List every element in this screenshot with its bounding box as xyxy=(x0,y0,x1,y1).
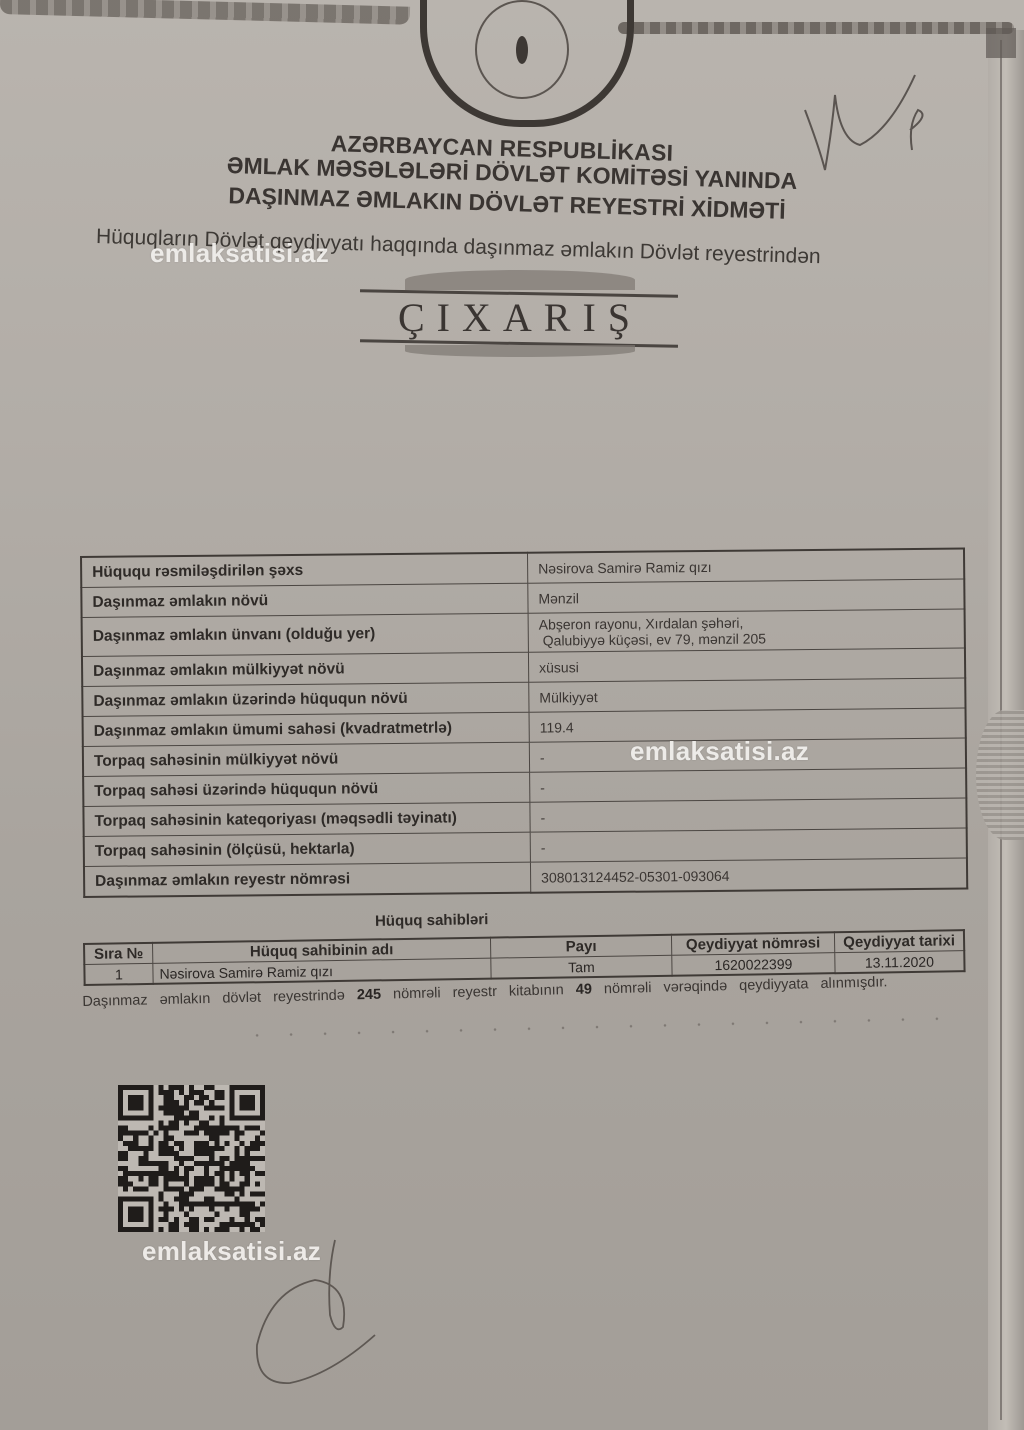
note-text: nömrəli vərəqində qeydiyyata alınmışdır. xyxy=(604,974,888,997)
property-details-table: Hüququ rəsmiləşdirilən şəxsNəsirova Sami… xyxy=(80,548,968,898)
row-value: - xyxy=(530,768,967,802)
title-ornament-icon xyxy=(405,345,635,357)
frame-ornament-top-right xyxy=(618,22,1014,34)
column-header: Sıra № xyxy=(84,943,153,965)
row-label: Torpaq sahəsi üzərində hüququn növü xyxy=(83,772,530,806)
document-title-block: ÇIXARIŞ xyxy=(360,270,680,355)
row-label: Daşınmaz əmlakın ünvanı (olduğu yer) xyxy=(82,613,529,656)
owners-caption: Hüquq sahibləri xyxy=(375,911,489,930)
row-label: Daşınmaz əmlakın üzərində hüququn növü xyxy=(82,682,529,716)
row-label: Hüququ rəsmiləşdirilən şəxs xyxy=(81,553,528,588)
state-emblem-icon xyxy=(475,0,569,99)
column-header: Qeydiyyat tarixi xyxy=(834,930,964,953)
row-label: Daşınmaz əmlakın ümumi sahəsi (kvadratme… xyxy=(83,712,530,746)
register-page-number: 49 xyxy=(576,982,593,998)
row-value: Mənzil xyxy=(528,579,965,613)
row-value: 308013124452-05301-093064 xyxy=(530,858,967,893)
row-value: xüsusi xyxy=(528,648,965,682)
note-text: Daşınmaz əmlakın dövlət reyestrində xyxy=(82,988,345,1010)
frame-corner xyxy=(986,28,1016,58)
row-label: Torpaq sahəsinin (ölçüsü, hektarla) xyxy=(84,832,531,866)
column-header: Qeydiyyat nömrəsi xyxy=(671,932,834,955)
qr-code-icon xyxy=(118,1085,265,1232)
row-value: Nəsirova Samirə Ramiz qızı xyxy=(527,549,964,584)
title-ornament-icon xyxy=(405,270,635,290)
watermark: emlaksatisi.az xyxy=(142,1236,321,1267)
row-label: Daşınmaz əmlakın mülkiyyət növü xyxy=(82,652,529,686)
row-label: Daşınmaz əmlakın reyestr nömrəsi xyxy=(84,862,531,897)
row-label: Torpaq sahəsinin kateqoriyası (məqsədli … xyxy=(83,802,530,836)
row-value: - xyxy=(530,828,967,862)
row-value: Mülkiyyət xyxy=(529,678,966,712)
note-text: nömrəli reyestr kitabının xyxy=(393,982,564,1002)
column-header: Payı xyxy=(490,935,671,958)
row-label: Torpaq sahəsinin mülkiyyət növü xyxy=(83,742,530,776)
row-label: Daşınmaz əmlakın növü xyxy=(81,583,528,617)
register-book-number: 245 xyxy=(357,987,382,1004)
document-title: ÇIXARIŞ xyxy=(360,294,680,341)
address-line-2: Qalubiyyə küçəsi, ev 79, mənzil 205 xyxy=(539,629,954,649)
row-value: - xyxy=(530,798,967,832)
watermark: emlaksatisi.az xyxy=(150,238,329,269)
row-value: Abşeron rayonu, Xırdalan şəhəri, Qalubiy… xyxy=(528,609,965,652)
owner-number: 1 xyxy=(84,963,153,985)
watermark: emlaksatisi.az xyxy=(630,736,809,767)
